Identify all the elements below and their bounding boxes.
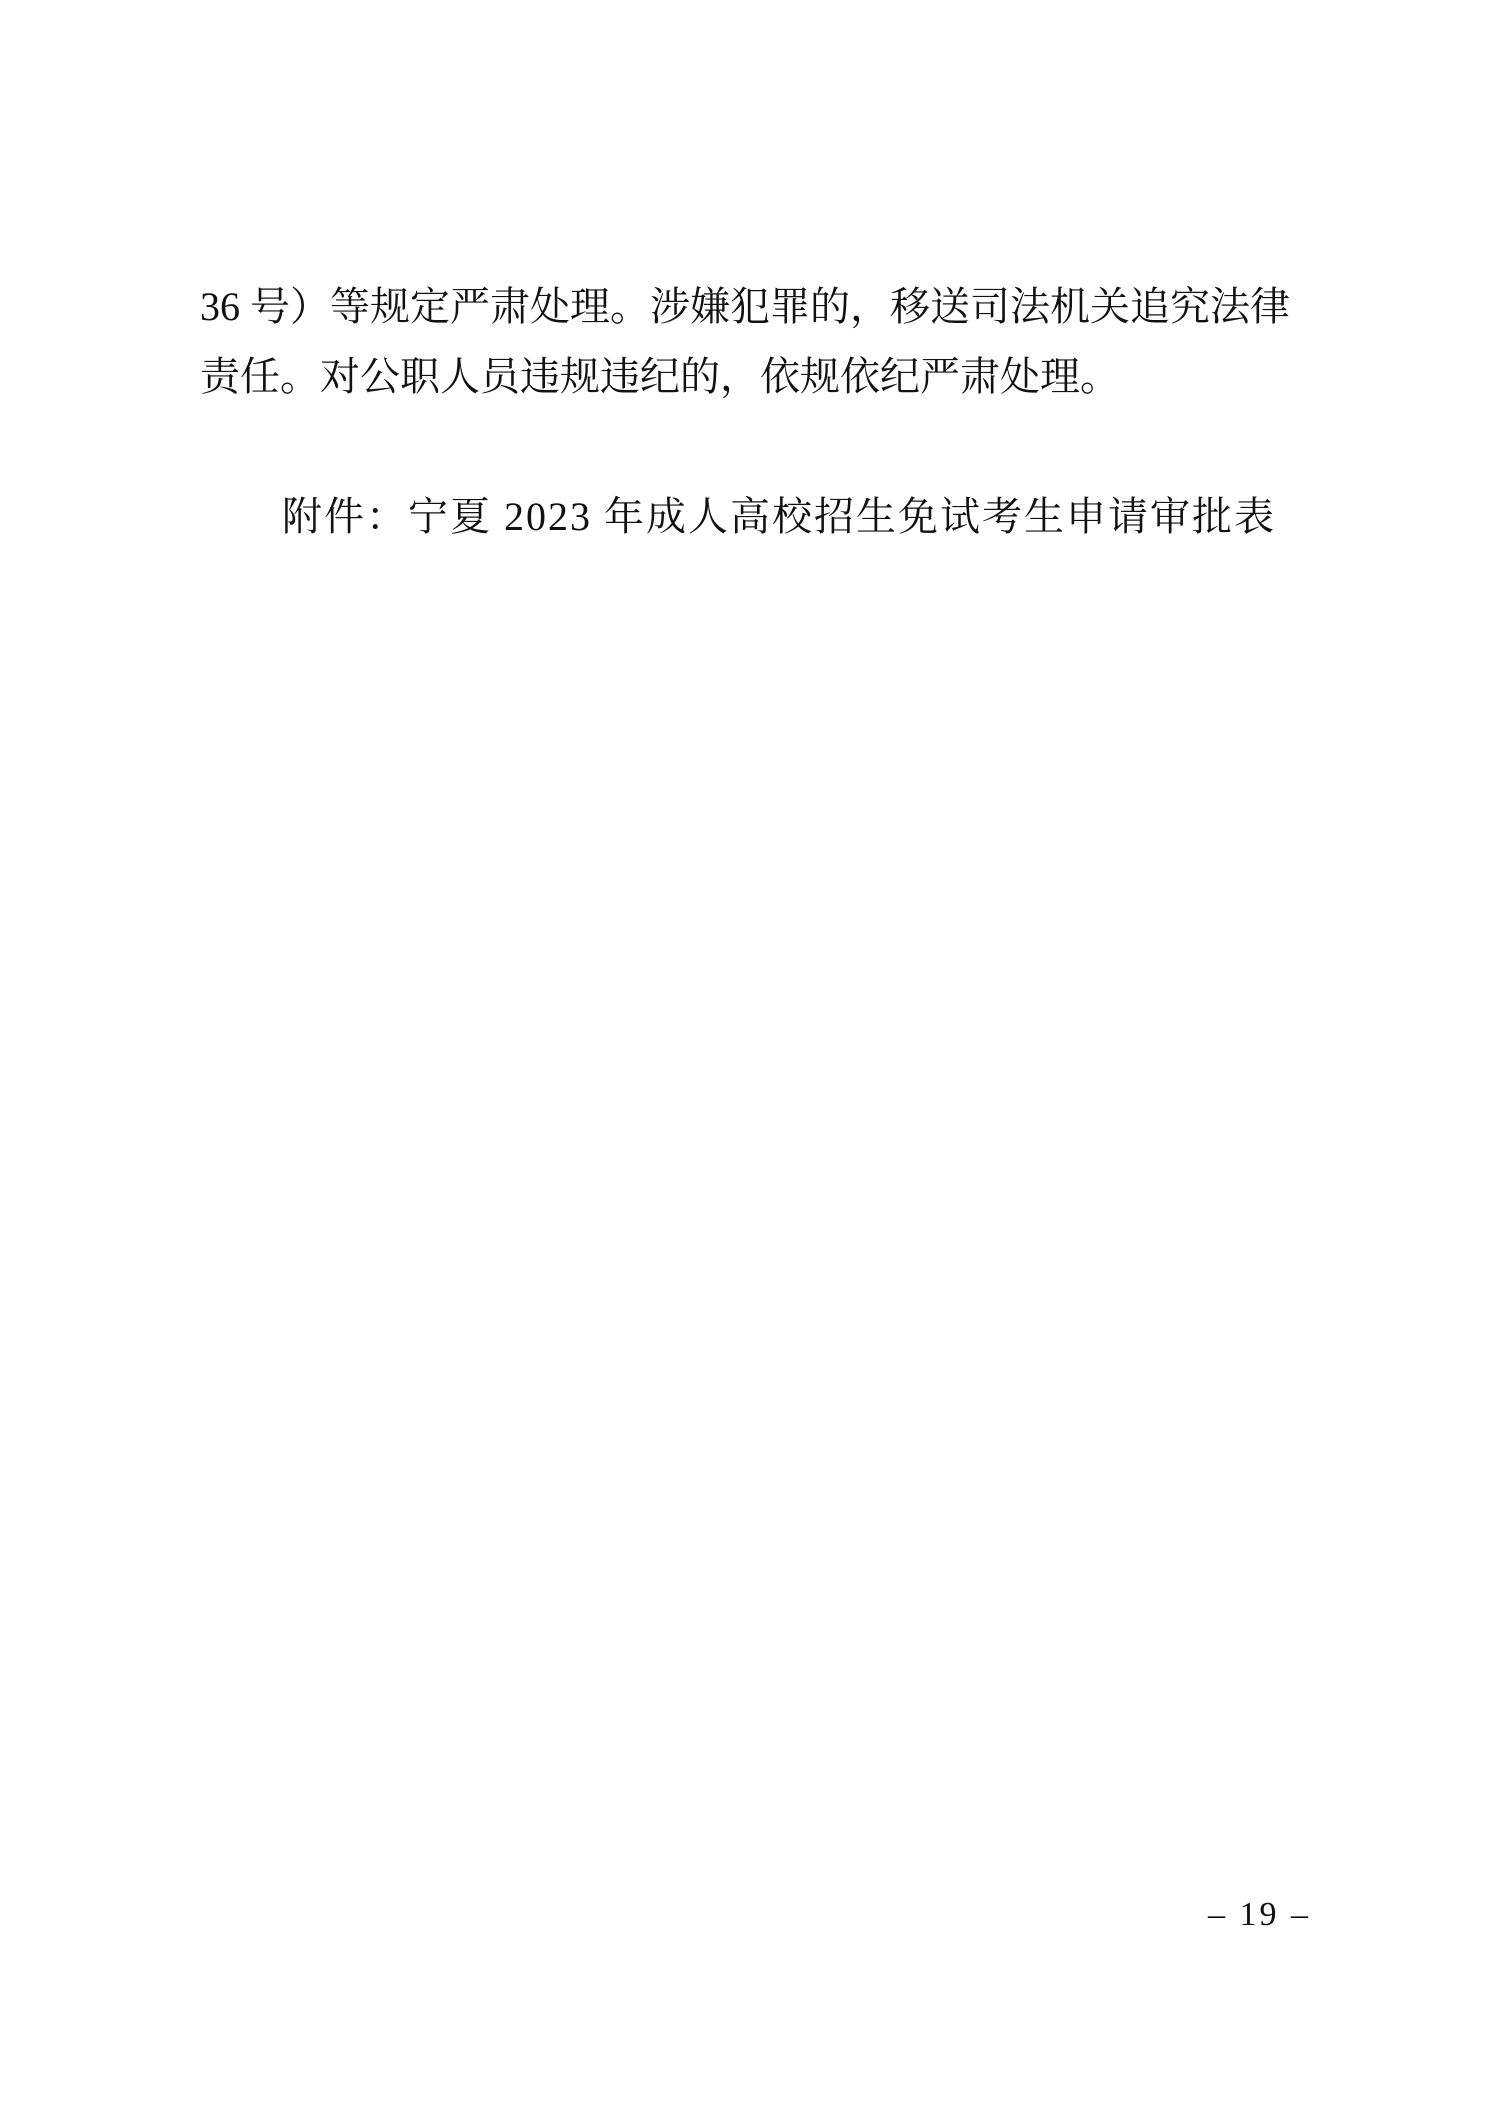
blank-line: [200, 412, 1304, 482]
paragraph-line-2: 责任。对公职人员违规违纪的，依规依纪严肃处理。: [200, 342, 1304, 412]
document-page: 36 号）等规定严肃处理。涉嫌犯罪的，移送司法机关追究法律 责任。对公职人员违规…: [0, 0, 1497, 2117]
paragraph-line-1: 36 号）等规定严肃处理。涉嫌犯罪的，移送司法机关追究法律: [200, 272, 1304, 342]
page-number: – 19 –: [1208, 1896, 1311, 1934]
document-body: 36 号）等规定严肃处理。涉嫌犯罪的，移送司法机关追究法律 责任。对公职人员违规…: [200, 272, 1304, 552]
attachment-line: 附件：宁夏 2023 年成人高校招生免试考生申请审批表: [200, 482, 1304, 552]
